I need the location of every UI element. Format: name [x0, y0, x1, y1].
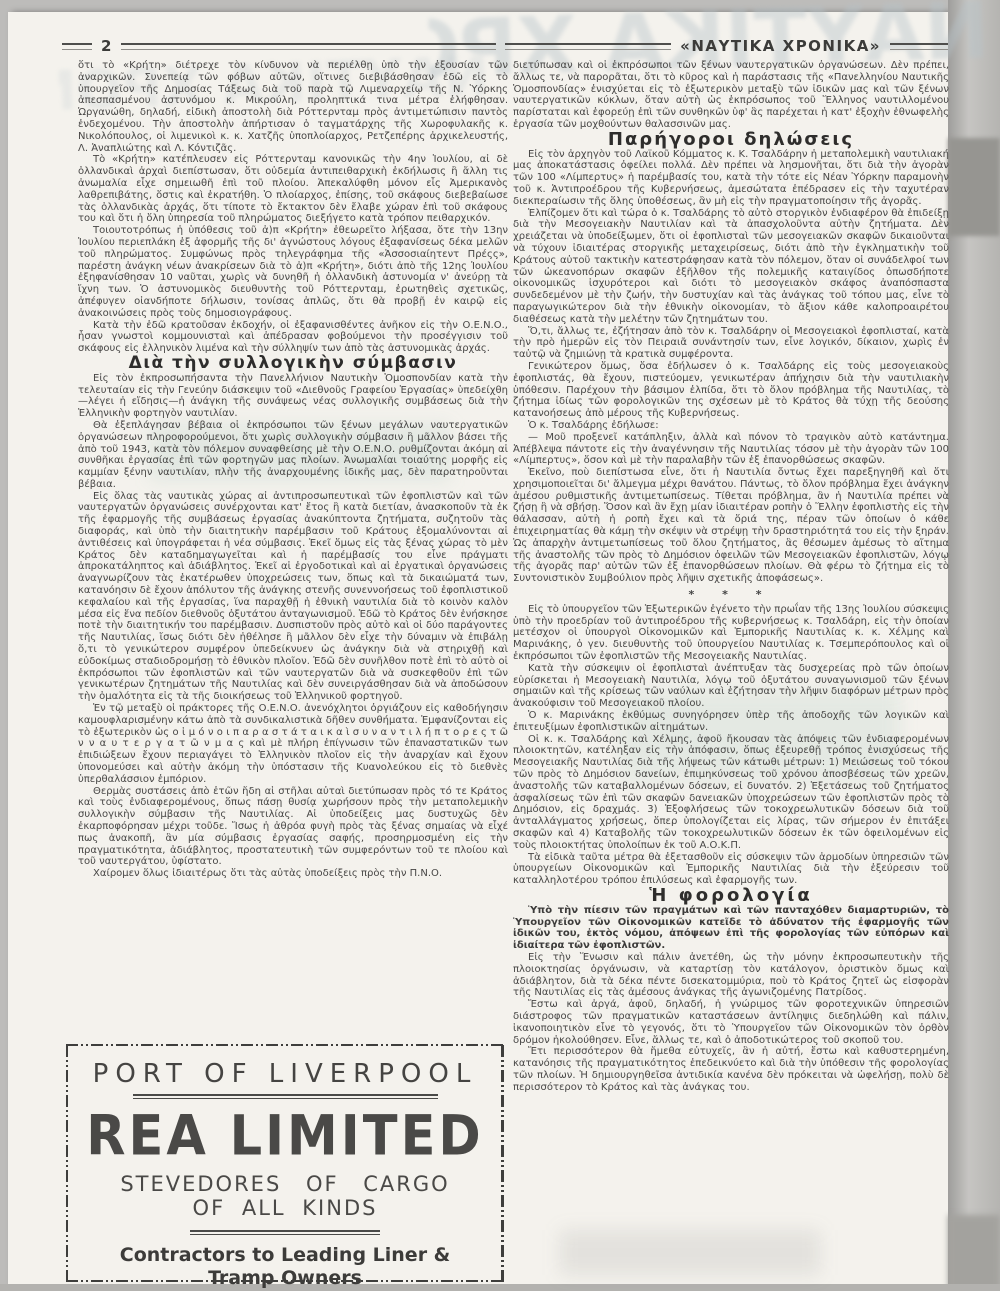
page-header: 2 «ΝΑΥΤΙΚΑ ΧΡΟΝΙΚΑ» [62, 37, 948, 55]
ad-footer-line-2: Tramp Owners [66, 1267, 504, 1290]
paragraph: Εἰς ὅλας τὰς ναυτικὰς χώρας αἱ ἀντιπροσω… [78, 491, 508, 703]
paragraph: — Μοῦ προξενεῖ κατάπληξιν, ἀλλὰ καὶ πόνο… [513, 432, 949, 467]
paragraph: Ἐκεῖνο, ποὺ διεπίστωσα εἶνε, ὅτι ἡ Ναυτι… [513, 467, 949, 585]
paragraph: Θὰ ἐξεπλάγησαν βέβαια οἱ ἐκπρόσωποι τῶν … [78, 420, 508, 491]
page-number: 2 [101, 37, 112, 55]
section-separator-stars: * * * [513, 589, 949, 601]
ad-double-rule [133, 1094, 438, 1099]
left-column: ὅτι τὸ «Κρήτη» διέτρεχε τὸν κίνδυνον νὰ … [78, 60, 508, 1042]
paragraph: Τὰ εἰδικὰ ταῦτα μέτρα θὰ ἐξετασθοῦν εἰς … [513, 852, 949, 887]
ad-footer-line-1: Contractors to Leading Liner & [66, 1244, 504, 1267]
scanned-page: ΝΑΥΤΙΚΑ ΧΡΟΝΙΚΑ ΝΑΥΤΙΚΑ ΧΡΟΝΙΚΑ 2 «ΝΑΥΤΙ… [0, 0, 1000, 1291]
paragraph: Τοιουτοτρόπως ἡ ὑπόθεσις τοῦ ἀ)π «Κρήτη»… [78, 225, 508, 319]
paragraph: Χαίρομεν ὅλως ἰδιαιτέρως ὅτι τὰς αὐτὰς ὑ… [78, 868, 508, 880]
scan-edge-shadow [948, 1215, 1000, 1291]
ad-double-rule [190, 1230, 380, 1235]
paragraph: Οἱ κ. κ. Τσαλδάρης καὶ Χέλμης, ἀφοῦ ἤκου… [513, 734, 949, 852]
section-heading-consoling-statements: Παρήγοροι δηλώσεις [513, 134, 949, 146]
section-heading-collective-agreement: Διὰ τὴν συλλογικὴν σύμβασιν [78, 358, 508, 370]
scan-edge-shadow [948, 138, 1000, 236]
paragraph: Γενικώτερον ὅμως, ὅσα ἐδήλωσεν ὁ κ. Τσαλ… [513, 361, 949, 420]
paragraph: Ὁ κ. Τσαλδάρης ἐδήλωσε: [513, 420, 949, 432]
ad-footer-line: Contractors to Leading Liner & Tramp Own… [66, 1244, 504, 1290]
paragraph: Ὑπὸ τὴν πίεσιν τῶν πραγμάτων καὶ τῶν παν… [513, 905, 949, 952]
journal-masthead: «ΝΑΥΤΙΚΑ ΧΡΟΝΙΚΑ» [680, 37, 881, 55]
paragraph: Τὸ «Κρήτη» κατέπλευσεν εἰς Ρόττερνταμ κα… [78, 154, 508, 225]
ad-border [66, 1044, 504, 1046]
section-heading-taxation: Ἡ φορολογία [513, 890, 949, 902]
paragraph: Ἐν τῷ μεταξὺ οἱ πράκτορες τῆς Ο.Ε.Ν.Ο. ἀ… [78, 703, 508, 786]
header-rule [62, 43, 92, 50]
paragraph: Θερμὰς συστάσεις ἀπὸ ἐτῶν ἤδη αἱ στῆλαι … [78, 786, 508, 869]
paragraph: Εἰς τὸ ὑπουργεῖον τῶν Ἐξωτερικῶν ἐγένετο… [513, 604, 949, 663]
ad-company-name: REA LIMITED [66, 1105, 504, 1169]
header-rule [890, 43, 948, 50]
paragraph: διετύπωσαν καὶ οἱ ἐκπρόσωποι τῶν ξένων ν… [513, 60, 949, 131]
header-rule [121, 43, 496, 50]
advertisement-rea-limited: PORT OF LIVERPOOL REA LIMITED STEVEDORES… [66, 1044, 504, 1282]
right-column: διετύπωσαν καὶ οἱ ἐκπρόσωποι τῶν ξένων ν… [513, 60, 949, 1288]
ad-subtitle: STEVEDORES OF CARGO [66, 1172, 504, 1196]
paragraph: Εἰς τὴν Ἕνωσιν καὶ πάλιν ἀνετέθη, ὡς τὴν… [513, 952, 949, 999]
header-rule [505, 43, 671, 50]
paragraph: Ἔστω καὶ ἀργά, ἀφοῦ, δηλαδή, ἡ γνώριμος … [513, 999, 949, 1046]
paragraph: Ὁ κ. Μαρινάκης ἐκθύμως συνηγόρησεν ὑπὲρ … [513, 710, 949, 734]
paragraph: Ἐλπίζομεν ὅτι καὶ τώρα ὁ κ. Τσαλδάρης τὸ… [513, 208, 949, 326]
paragraph: Ἔτι περισσότερον θὰ ἤμεθα εὐτυχεῖς, ἂν ἡ… [513, 1046, 949, 1093]
paragraph: Ὅ,τι, ἄλλως τε, ἐζήτησαν ἀπὸ τὸν κ. Τσαλ… [513, 326, 949, 361]
paragraph: Κατὰ τὴν σύσκεψιν οἱ ἐφοπλισταὶ ἀνέπτυξα… [513, 663, 949, 710]
ad-border [66, 1280, 504, 1282]
paragraph: ὅτι τὸ «Κρήτη» διέτρεχε τὸν κίνδυνον νὰ … [78, 60, 508, 154]
paragraph: Κατὰ τὴν ἐδῶ κρατοῦσαν ἐκδοχήν, οἱ ἐξαφα… [78, 320, 508, 355]
ad-subtitle: OF ALL KINDS [66, 1196, 504, 1220]
ad-port-line: PORT OF LIVERPOOL [66, 1059, 504, 1089]
paragraph: Εἰς τὸν ἐκπροσωπήσαντα τὴν Πανελλήνιον Ν… [78, 373, 508, 420]
paragraph: Εἰς τὸν ἀρχηγὸν τοῦ Λαϊκοῦ Κόμματος κ. Κ… [513, 149, 949, 208]
